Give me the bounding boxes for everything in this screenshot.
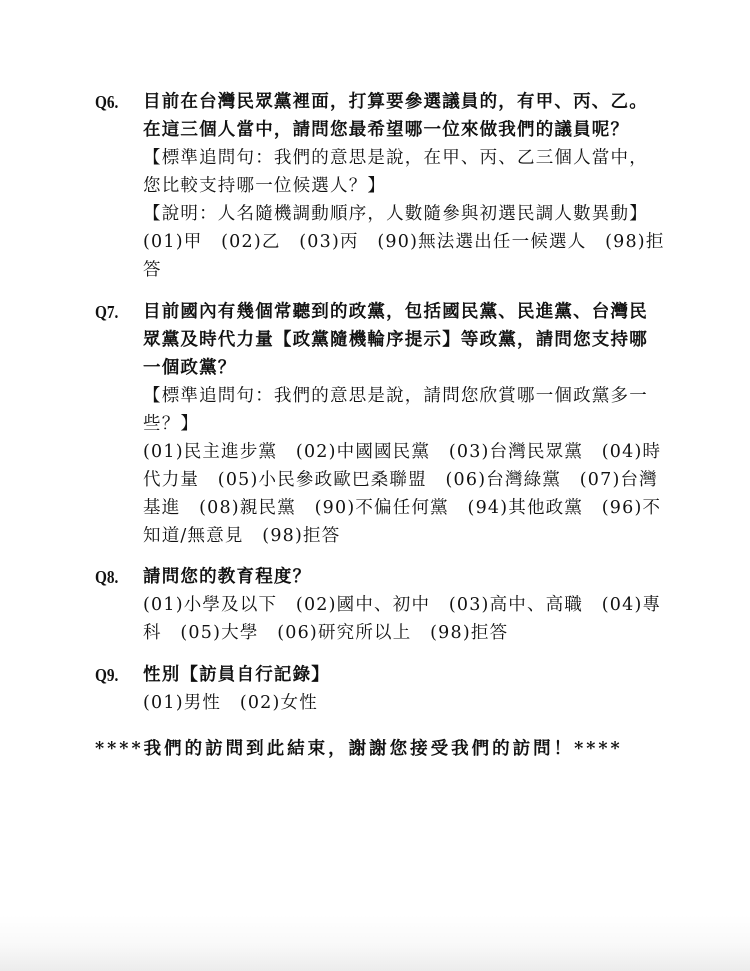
interviewer-note-line: 些？】 <box>143 410 643 438</box>
answer-options-line: 答 <box>143 256 643 284</box>
interviewer-note-line: 【標準追問句：我們的意思是說，在甲、丙、乙三個人當中， <box>143 144 643 172</box>
question-label: Q8. <box>95 563 118 591</box>
answer-options-line: (01)男性 (02)女性 <box>143 689 643 717</box>
question-text-line: 目前國內有幾個常聽到的政黨，包括國民黨、民進黨、台灣民 <box>143 298 643 326</box>
answer-options-line: 科 (05)大學 (06)研究所以上 (98)拒答 <box>143 619 643 647</box>
question-text-line: 一個政黨？ <box>143 354 643 382</box>
answer-options-line: (01)甲 (02)乙 (03)丙 (90)無法選出任一候選人 (98)拒 <box>143 228 643 256</box>
interviewer-note-line: 【標準追問句：我們的意思是說，請問您欣賞哪一個政黨多一 <box>143 382 643 410</box>
question-text-line: 請問您的教育程度？ <box>143 563 643 591</box>
question-body: 性別【訪員自行記錄】 (01)男性 (02)女性 <box>143 661 643 717</box>
answer-options-line: (01)民主進步黨 (02)中國國民黨 (03)台灣民眾黨 (04)時 <box>143 438 643 466</box>
interviewer-note-line: 【說明：人名隨機調動順序，人數隨參與初選民調人數異動】 <box>143 200 643 228</box>
closing-statement: ****我們的訪問到此結束，謝謝您接受我們的訪問！**** <box>95 735 655 763</box>
question-label: Q7. <box>95 298 118 326</box>
answer-options-line: 基進 (08)親民黨 (90)不偏任何黨 (94)其他政黨 (96)不 <box>143 494 643 522</box>
answer-options-line: 代力量 (05)小民參政歐巴桑聯盟 (06)台灣綠黨 (07)台灣 <box>143 466 643 494</box>
question-text-line: 在這三個人當中，請問您最希望哪一位來做我們的議員呢？ <box>143 116 643 144</box>
question-label: Q6. <box>95 88 118 116</box>
answer-options-line: 知道/無意見 (98)拒答 <box>143 522 643 550</box>
interviewer-note-line: 您比較支持哪一位候選人？】 <box>143 172 643 200</box>
question-body: 目前在台灣民眾黨裡面，打算要參選議員的，有甲、丙、乙。 在這三個人當中，請問您最… <box>143 88 643 284</box>
question-body: 目前國內有幾個常聽到的政黨，包括國民黨、民進黨、台灣民 眾黨及時代力量【政黨隨機… <box>143 298 643 550</box>
question-text-line: 目前在台灣民眾黨裡面，打算要參選議員的，有甲、丙、乙。 <box>143 88 643 116</box>
question-text-line: 性別【訪員自行記錄】 <box>143 661 643 689</box>
question-body: 請問您的教育程度？ (01)小學及以下 (02)國中、初中 (03)高中、高職 … <box>143 563 643 647</box>
answer-options-line: (01)小學及以下 (02)國中、初中 (03)高中、高職 (04)專 <box>143 591 643 619</box>
question-label: Q9. <box>95 661 118 689</box>
question-text-line: 眾黨及時代力量【政黨隨機輪序提示】等政黨，請問您支持哪 <box>143 326 643 354</box>
